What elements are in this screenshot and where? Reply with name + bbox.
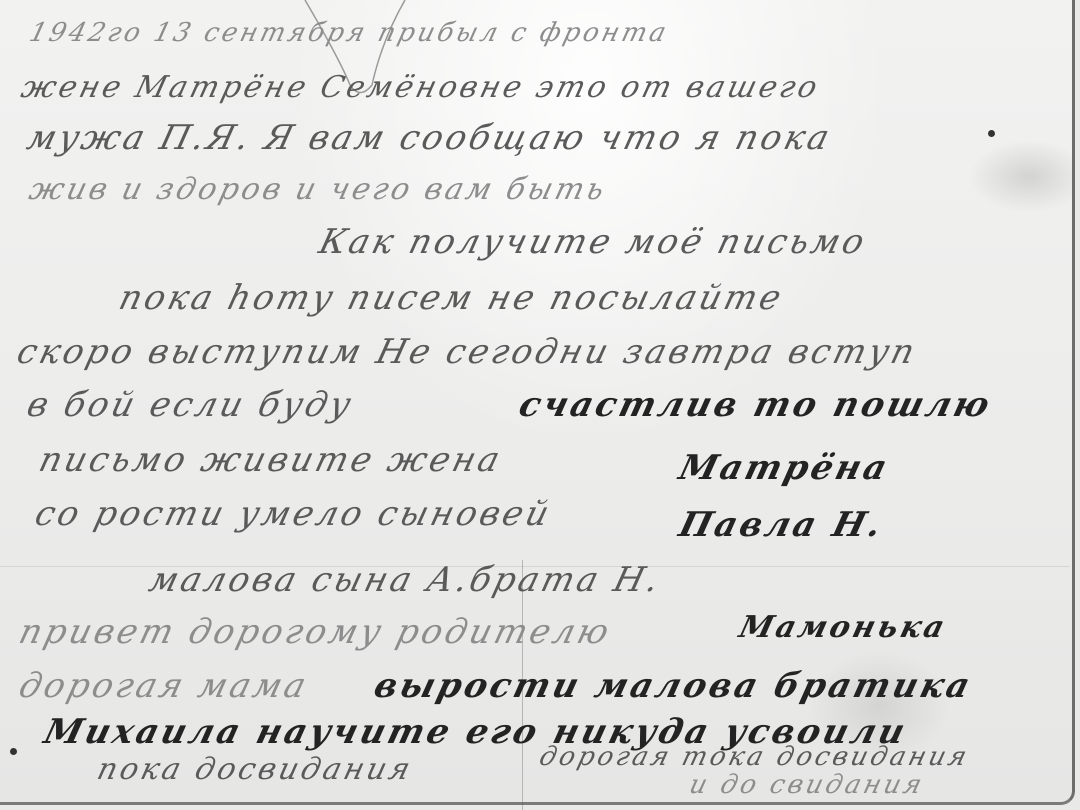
letter-line-12: со рости умело сыновей bbox=[31, 494, 556, 534]
ink-dot bbox=[988, 130, 995, 137]
letter-line-1: 1942го 13 сентября прибыл с фронта bbox=[26, 18, 672, 48]
letter-paper: 1942го 13 сентября прибыл с фронта жене … bbox=[0, 0, 1075, 805]
letter-line-2: жене Матрёне Семёновне это от вашего bbox=[18, 70, 824, 105]
letter-line-7: скоро выступим Не сегодни завтра вступ bbox=[13, 332, 922, 372]
letter-line-6: пока homy писем не посылайте bbox=[115, 278, 788, 318]
letter-line-11: Матрёна bbox=[675, 448, 894, 488]
letter-line-15: привет дорогому родителю bbox=[15, 612, 616, 652]
ink-dot bbox=[10, 748, 17, 755]
letter-line-13: Павла Н. bbox=[675, 505, 888, 545]
letter-line-18: вырости малова братика bbox=[370, 666, 977, 706]
letter-line-4: жив и здоров и чего вам быть bbox=[26, 172, 611, 207]
letter-line-16: Мамонька bbox=[736, 610, 951, 645]
letter-line-14: малова сына А.брата Н. bbox=[145, 560, 666, 600]
letter-line-20: пока досвидания bbox=[94, 752, 417, 787]
letter-line-21: дорогая тока досвидания bbox=[536, 742, 972, 772]
letter-line-10: письмо живите жена bbox=[35, 440, 507, 480]
letter-line-8: в бой если буду bbox=[23, 385, 358, 425]
letter-line-22: и до свидания bbox=[686, 770, 927, 800]
letter-line-9: счастлив то пошлю bbox=[515, 385, 996, 425]
letter-line-5: Как получите моё письмо bbox=[315, 222, 871, 262]
letter-line-17: дорогая мама bbox=[15, 666, 313, 706]
letter-line-3: мужа П.Я. Я вам сообщаю что я пока bbox=[23, 118, 836, 158]
